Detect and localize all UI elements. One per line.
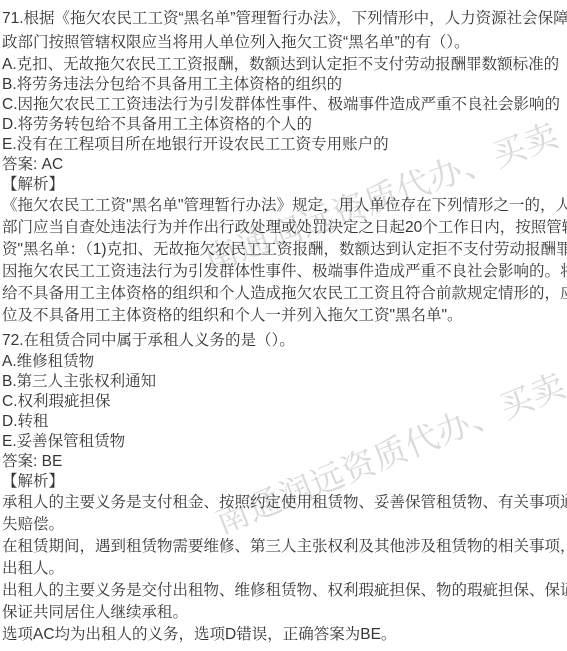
question-71-text: 71.根据《拖欠农民工工资“黑名单”管理暂行办法》，下列情形中，人力资源社会保障…: [2, 7, 567, 55]
question-72-analysis: 承租人的主要义务是支付租金、按照约定使用租赁物、妥善保管租赁物、有关事项通知、返…: [2, 492, 567, 646]
analysis-label: 【解析】: [2, 472, 567, 492]
analysis-line: 选项AC均为出租人的义务，选项D错误，正确答案为BE。: [2, 624, 567, 646]
option-line: E.妥善保管租赁物: [2, 432, 567, 452]
analysis-line: 资"黑名单：（1)克扣、无故拖欠农民工工资报酬，数额达到认定拒不支付劳动报酬罪数…: [2, 239, 567, 261]
question-71-analysis: 《拖欠农民工工资"黑名单"管理暂行办法》规定，用人单位存在下列情形之一的，人力资…: [2, 195, 567, 327]
analysis-label: 【解析】: [2, 175, 567, 195]
option-line: B.第三人主张权利通知: [2, 372, 567, 392]
option-line: B.将劳务违法分包给不具备用工主体资格的组织的: [2, 75, 567, 95]
analysis-line: 在租赁期间，遇到租赁物需要维修、第三人主张权利及其他涉及租赁物的相关事项，承租人…: [2, 536, 567, 558]
analysis-line: 失赔偿。: [2, 514, 567, 536]
option-line: A.维修租赁物: [2, 352, 567, 372]
analysis-line: 《拖欠农民工工资"黑名单"管理暂行办法》规定，用人单位存在下列情形之一的，人力资…: [2, 195, 567, 217]
answer-line: 答案: BE: [2, 452, 567, 472]
question-72-options: A.维修租赁物B.第三人主张权利通知C.权利瑕疵担保D.转租E.妥善保管租赁物: [2, 352, 567, 452]
question-72-text: 72.在租赁合同中属于承租人义务的是（）。: [2, 330, 567, 352]
answer-line: 答案: AC: [2, 155, 567, 175]
analysis-line: 给不具备用工主体资格的组织和个人造成拖欠农民工工资且符合前款规定情形的，应将违法…: [2, 283, 567, 305]
analysis-line: 出租人。: [2, 558, 567, 580]
exam-content: 71.根据《拖欠农民工工资“黑名单”管理暂行办法》，下列情形中，人力资源社会保障…: [0, 0, 567, 646]
question-line: 71.根据《拖欠农民工工资“黑名单”管理暂行办法》，下列情形中，人力资源社会保障…: [2, 7, 567, 31]
analysis-line: 保证共同居住人继续承租。: [2, 602, 567, 624]
analysis-line: 部门应当自查处违法行为并作出行政处理或处罚决定之日起20个工作日内，按照管辖权限…: [2, 217, 567, 239]
option-line: E.没有在工程项目所在地银行开设农民工工资专用账户的: [2, 135, 567, 155]
question-71-options: A.克扣、无故拖欠农民工工资报酬，数额达到认定拒不支付劳动报酬罪数额标准的B.将…: [2, 55, 567, 155]
option-line: C.因拖欠农民工工资违法行为引发群体性事件、极端事件造成严重不良社会影响的: [2, 95, 567, 115]
question-line: 72.在租赁合同中属于承租人义务的是（）。: [2, 330, 567, 352]
question-line: 政部门按照管辖权限应当将用人单位列入拖欠工资“黑名单”的有（）。: [2, 31, 567, 55]
option-line: D.将劳务转包给不具备用工主体资格的个人的: [2, 115, 567, 135]
option-line: C.权利瑕疵担保: [2, 392, 567, 412]
option-line: A.克扣、无故拖欠农民工工资报酬，数额达到认定拒不支付劳动报酬罪数额标准的: [2, 55, 567, 75]
question-72-block: 72.在租赁合同中属于承租人义务的是（）。 A.维修租赁物B.第三人主张权利通知…: [2, 330, 567, 646]
analysis-line: 承租人的主要义务是支付租金、按照约定使用租赁物、妥善保管租赁物、有关事项通知、返…: [2, 492, 567, 514]
analysis-line: 因拖欠农民工工资违法行为引发群体性事件、极端事件造成严重不良社会影响的。将劳务违…: [2, 261, 567, 283]
question-71-block: 71.根据《拖欠农民工工资“黑名单”管理暂行办法》，下列情形中，人力资源社会保障…: [2, 7, 567, 327]
option-line: D.转租: [2, 412, 567, 432]
analysis-line: 出租人的主要义务是交付出租物、维修租赁物、权利瑕疵担保、物的瑕疵担保、保证承租人…: [2, 580, 567, 602]
analysis-line: 位及不具备用工主体资格的组织和个人一并列入拖欠工资"黑名单"。: [2, 305, 567, 327]
document-page: 南通润远资质代办、买卖 南通润远资质代办、买卖 71.根据《拖欠农民工工资“黑名…: [0, 0, 567, 651]
